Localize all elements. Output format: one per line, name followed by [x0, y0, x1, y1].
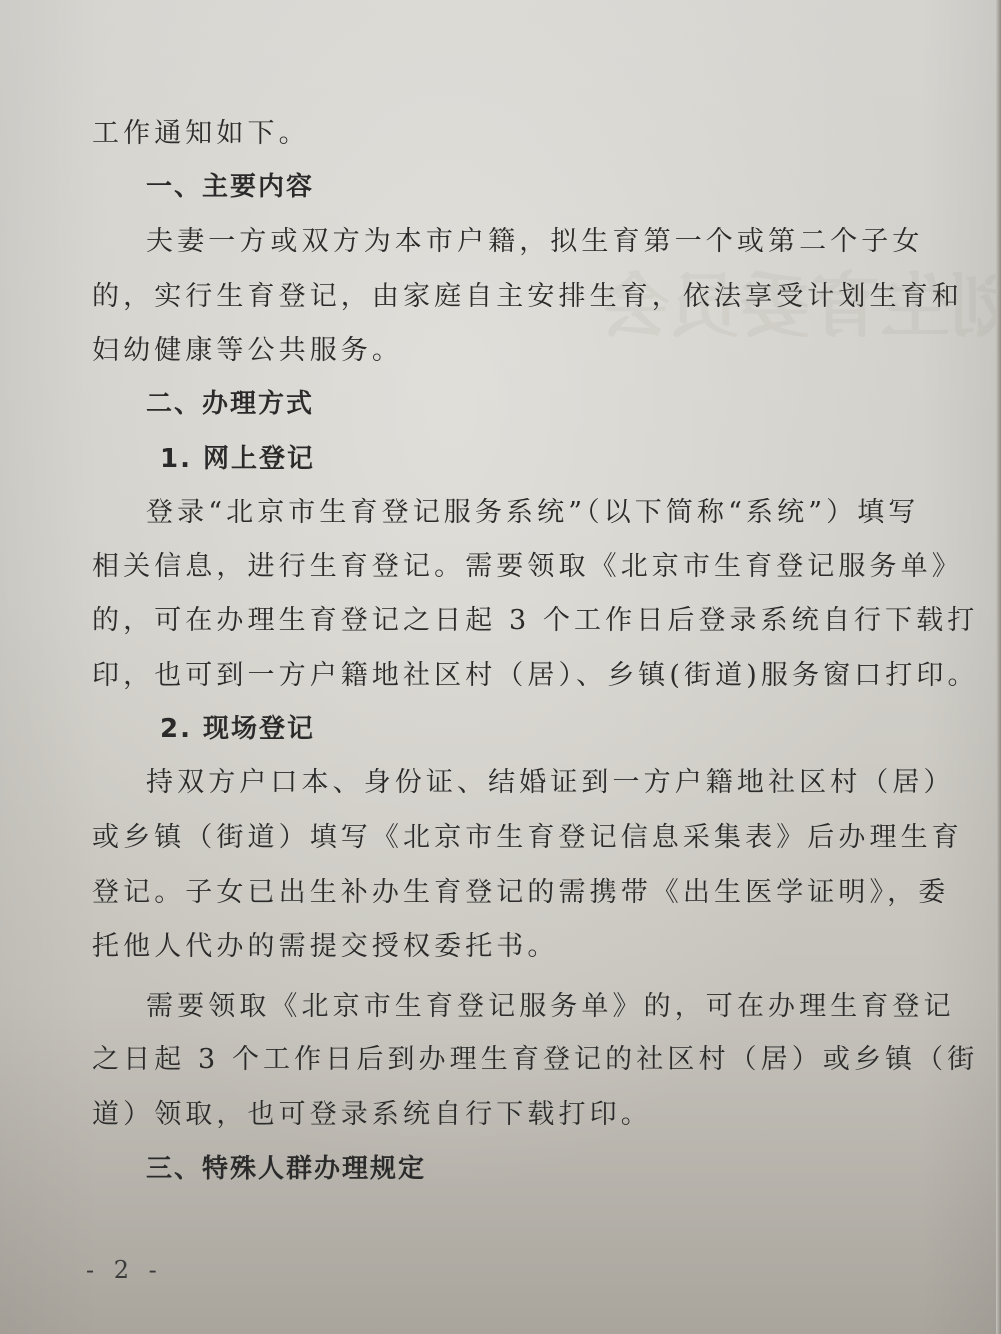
paragraph-line: 相关信息，进行生育登记。需要领取《北京市生育登记服务单》	[92, 550, 963, 584]
paragraph-line: 登录“北京市生育登记服务系统”（以下简称“系统”）填写	[146, 496, 919, 530]
paragraph-line: 持双方户口本、身份证、结婚证到一方户籍地社区村（居）	[146, 766, 955, 800]
section-heading-3: 三、特殊人群办理规定	[146, 1152, 426, 1186]
section-heading-1: 一、主要内容	[146, 170, 314, 204]
paragraph-line: 的，可在办理生育登记之日起 3 个工作日后登录系统自行下载打	[92, 604, 978, 638]
paragraph-line: 或乡镇（街道）填写《北京市生育登记信息采集表》后办理生育	[92, 821, 963, 855]
paragraph-line: 需要领取《北京市生育登记服务单》的，可在办理生育登记	[146, 990, 955, 1024]
subsection-heading-online: 1. 网上登记	[160, 442, 315, 476]
page-edge-shadow	[996, 0, 1001, 1334]
paragraph-line: 印，也可到一方户籍地社区村（居）、乡镇(街道)服务窗口打印。	[92, 659, 979, 693]
paragraph-line: 夫妻一方或双方为本市户籍，拟生育第一个或第二个子女	[146, 225, 924, 259]
paragraph-line: 登记。子女已出生补办生育登记的需携带《出生医学证明》，委	[92, 876, 949, 910]
subsection-heading-onsite: 2. 现场登记	[160, 712, 315, 746]
paragraph-line: 道）领取，也可登录系统自行下载打印。	[92, 1098, 652, 1132]
section-heading-2: 二、办理方式	[146, 387, 314, 421]
page-number: - 2 -	[86, 1256, 163, 1284]
document-page: 北京市卫生和计划生育委员会 工作通知如下。 一、主要内容 夫妻一方或双方为本市户…	[0, 0, 1001, 1334]
paragraph-line: 托他人代办的需提交授权委托书。	[92, 930, 559, 964]
paragraph-line: 妇幼健康等公共服务。	[92, 334, 403, 368]
intro-line: 工作通知如下。	[92, 117, 310, 151]
paragraph-line: 之日起 3 个工作日后到办理生育登记的社区村（居）或乡镇（街	[92, 1043, 978, 1077]
paragraph-line: 的，实行生育登记，由家庭自主安排生育，依法享受计划生育和	[92, 280, 963, 314]
